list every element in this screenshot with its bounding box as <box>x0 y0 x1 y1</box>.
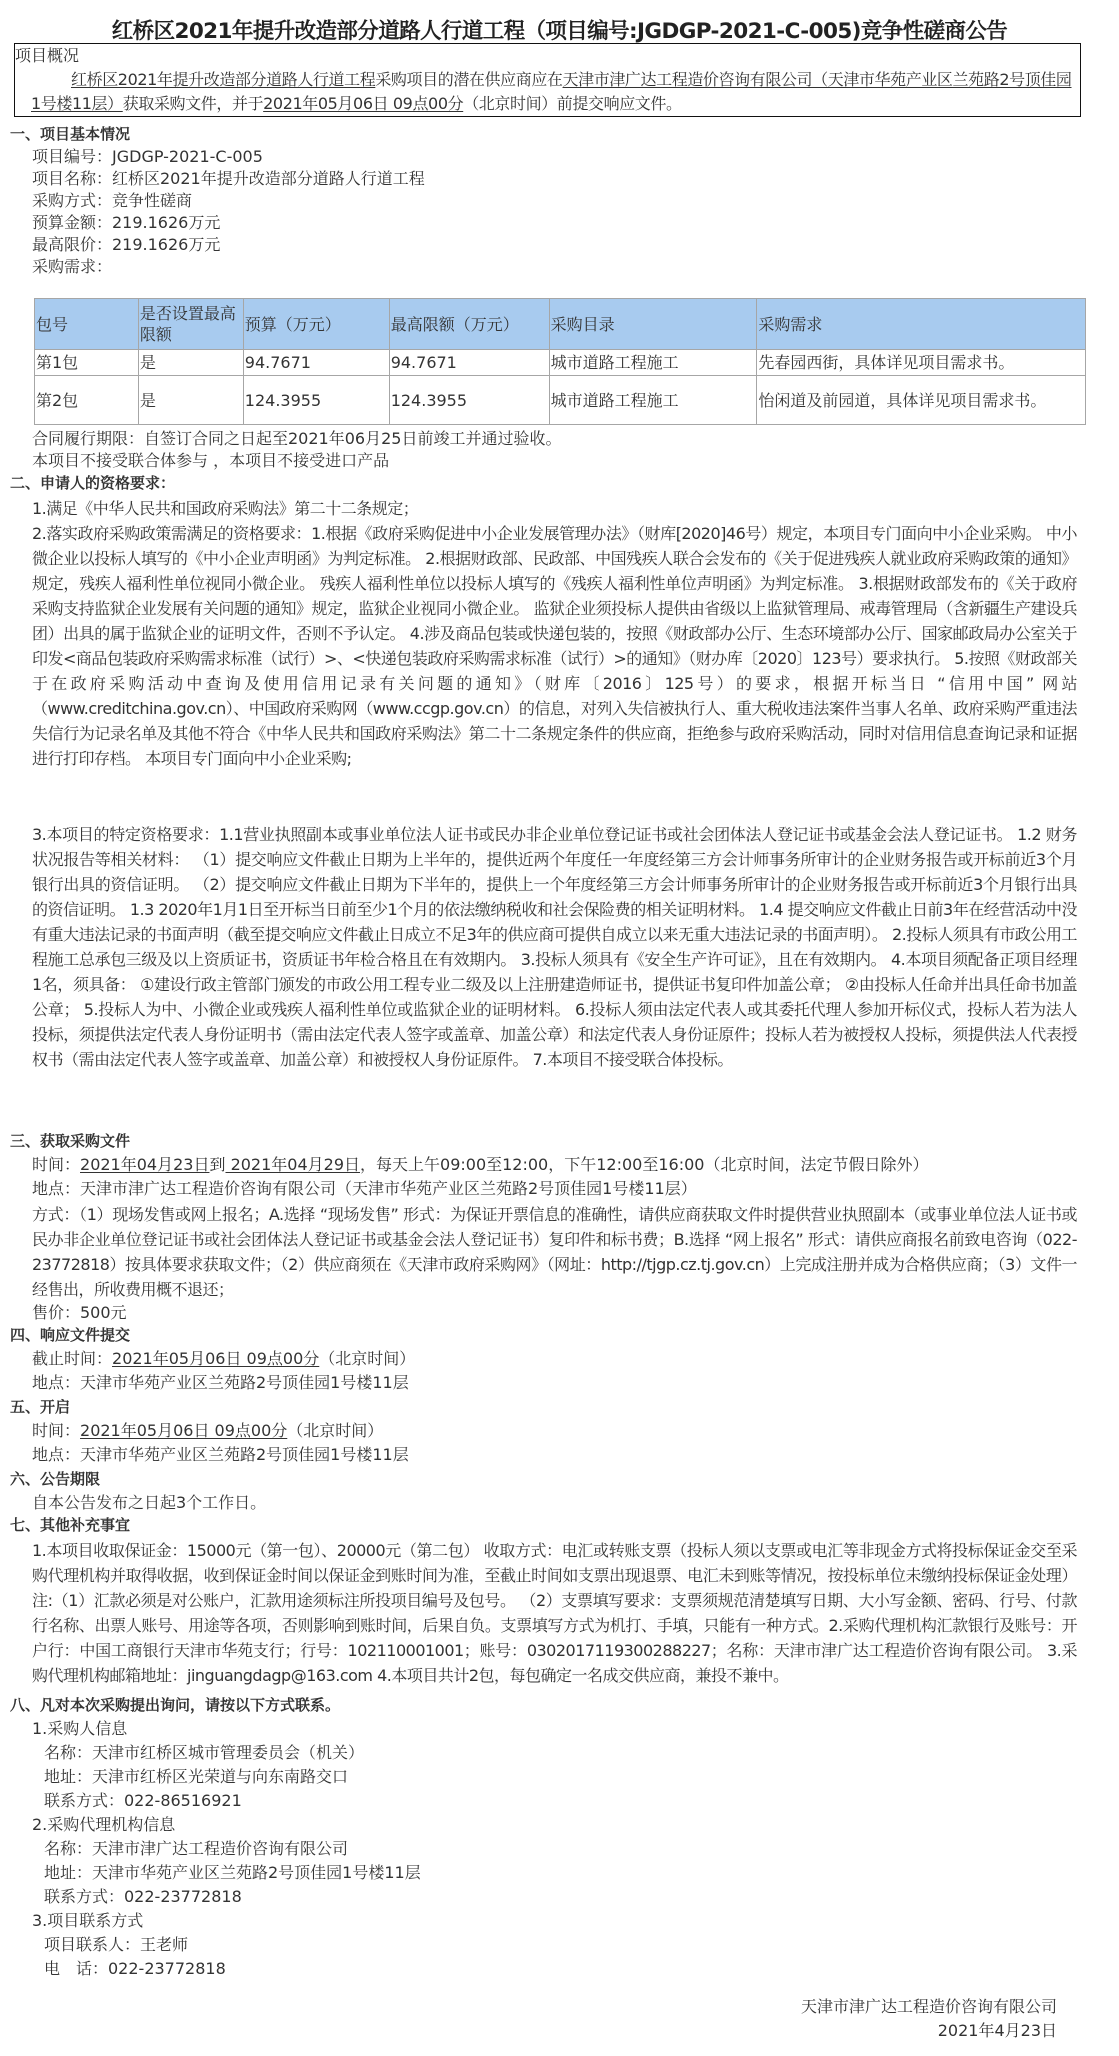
section-3-heading: 三、获取采购文件 <box>10 1130 130 1152</box>
qualification-item-2: 2.落实政府采购政策需满足的资格要求：1.根据《政府采购促进中小企业发展管理办法… <box>32 521 1077 771</box>
max-price: 最高限价：219.1626万元 <box>32 234 220 256</box>
overview-heading: 项目概况 <box>15 45 79 67</box>
signature-date: 2021年4月23日 <box>938 2020 1057 2042</box>
supplementary-text: 1.本项目收取保证金：15000元（第一包）、20000元（第二包） 收取方式：… <box>32 1538 1077 1688</box>
col-header-has-limit: 是否设置最高限额 <box>138 299 243 350</box>
col-header-limit: 最高限额（万元） <box>389 299 549 350</box>
submit-deadline: 截止时间：2021年05月06日 09点00分（北京时间） <box>32 1348 415 1370</box>
agency-name: 名称：天津市津广达工程造价咨询有限公司 <box>44 1838 348 1860</box>
buyer-contact: 联系方式：022-86516921 <box>44 1790 242 1812</box>
table-header-row: 包号 是否设置最高限额 预算（万元） 最高限额（万元） 采购目录 采购需求 <box>35 299 1086 350</box>
page-title: 红桥区2021年提升改造部分道路人行道工程（项目编号:JGDGP-2021-C-… <box>0 14 1119 45</box>
qualification-item-1: 1.满足《中华人民共和国政府采购法》第二十二条规定； <box>32 496 1077 521</box>
buyer-address: 地址：天津市红桥区光荣道与向东南路交口 <box>44 1766 348 1788</box>
agency-address: 地址：天津市华苑产业区兰苑路2号顶佳园1号楼11层 <box>44 1862 421 1884</box>
agency-heading: 2.采购代理机构信息 <box>32 1814 175 1836</box>
start-date: 2021年04月23日 <box>80 1155 209 1174</box>
section-6-heading: 六、公告期限 <box>10 1468 100 1490</box>
acquire-place: 地点：天津市津广达工程造价咨询有限公司（天津市华苑产业区兰苑路2号顶佳园1号楼1… <box>32 1178 697 1200</box>
qualification-item-3: 3.本项目的特定资格要求：1.1营业执照副本或事业单位法人证书或民办非企业单位登… <box>32 822 1077 1072</box>
packages-table: 包号 是否设置最高限额 预算（万元） 最高限额（万元） 采购目录 采购需求 第1… <box>34 298 1086 425</box>
project-contact-person: 项目联系人：王老师 <box>44 1934 188 1956</box>
section-1-heading: 一、项目基本情况 <box>10 123 130 145</box>
deadline-datetime: 2021年05月06日 09点00分 <box>263 94 463 113</box>
project-name-link: 红桥区2021年提升改造部分道路人行道工程 <box>71 70 375 89</box>
col-header-needs: 采购需求 <box>757 299 1086 350</box>
table-row: 第1包 是 94.7671 94.7671 城市道路工程施工 先春园西街，具体详… <box>35 350 1086 376</box>
project-contact-heading: 3.项目联系方式 <box>32 1910 143 1932</box>
end-date: 2021年04月29日 <box>225 1155 360 1174</box>
contract-period: 合同履行期限：自签订合同之日起至2021年06月25日前竣工并通过验收。 <box>32 428 561 450</box>
project-name: 项目名称：红桥区2021年提升改造部分道路人行道工程 <box>32 168 425 190</box>
buyer-heading: 1.采购人信息 <box>32 1718 127 1740</box>
section-5-heading: 五、开启 <box>10 1396 70 1418</box>
col-header-package: 包号 <box>35 299 139 350</box>
project-contact-phone: 电 话：022-23772818 <box>44 1958 226 1980</box>
document-price: 售价：500元 <box>32 1302 127 1324</box>
section-8-heading: 八、凡对本次采购提出询问，请按以下方式联系。 <box>10 1694 340 1716</box>
section-4-heading: 四、响应文件提交 <box>10 1324 130 1346</box>
announcement-period: 自本公告发布之日起3个工作日。 <box>32 1492 266 1514</box>
col-header-budget: 预算（万元） <box>243 299 389 350</box>
section-7-heading: 七、其他补充事宜 <box>10 1514 130 1536</box>
procurement-method: 采购方式：竞争性磋商 <box>32 190 192 212</box>
signature-company: 天津市津广达工程造价咨询有限公司 <box>801 1996 1057 2018</box>
col-header-catalog: 采购目录 <box>549 299 757 350</box>
opening-time: 时间：2021年05月06日 09点00分（北京时间） <box>32 1420 383 1442</box>
agency-contact: 联系方式：022-23772818 <box>44 1886 242 1908</box>
procurement-needs-label: 采购需求： <box>32 256 112 278</box>
acquire-time: 时间：2021年04月23日到 2021年04月29日，每天上午09:00至12… <box>32 1154 928 1176</box>
acquire-method: 方式：（1）现场发售或网上报名；A.选择 “现场发售” 形式：为保证开票信息的准… <box>32 1202 1077 1302</box>
budget-amount: 预算金额：219.1626万元 <box>32 212 220 234</box>
buyer-name: 名称：天津市红桥区城市管理委员会（机关） <box>44 1742 364 1764</box>
no-consortium-note: 本项目不接受联合体参与 ，本项目不接受进口产品 <box>32 450 389 472</box>
project-number: 项目编号：JGDGP-2021-C-005 <box>32 146 263 168</box>
overview-text: 红桥区2021年提升改造部分道路人行道工程采购项目的潜在供应商应在天津市津广达工… <box>31 68 1073 116</box>
submit-place: 地点：天津市华苑产业区兰苑路2号顶佳园1号楼11层 <box>32 1372 409 1394</box>
table-row: 第2包 是 124.3955 124.3955 城市道路工程施工 怡闲道及前园道… <box>35 376 1086 425</box>
opening-place: 地点：天津市华苑产业区兰苑路2号顶佳园1号楼11层 <box>32 1444 409 1466</box>
overview-box: 项目概况 红桥区2021年提升改造部分道路人行道工程采购项目的潜在供应商应在天津… <box>14 43 1081 117</box>
section-2-heading: 二、申请人的资格要求： <box>10 472 175 494</box>
